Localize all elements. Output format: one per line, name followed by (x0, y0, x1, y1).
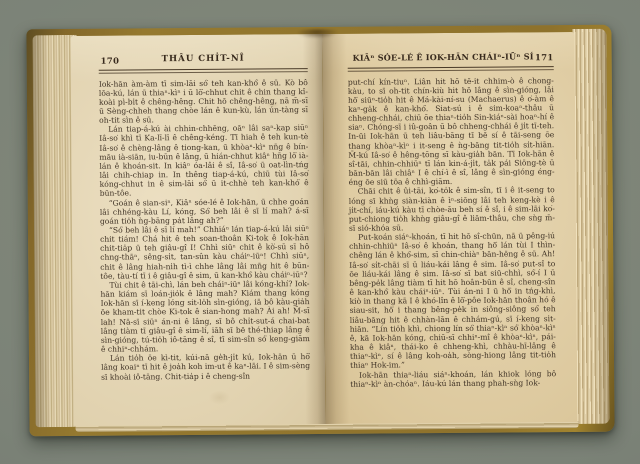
running-title-left: THÂU CHI̍T-NÎ (99, 53, 308, 65)
left-page-body: Iok-hān àm-àm tī sim-lāi só͘ teh kan-khó… (99, 78, 310, 382)
paragraph: Iok-hān thiaⁿ-liáu siáⁿ-khoán, lán khiok… (350, 369, 556, 389)
header-rule-left (99, 68, 308, 73)
book: 170 THÂU CHI̍T-NÎ Iok-hān àm-àm tī sim-l… (26, 25, 614, 437)
paragraph: “Goán ê sian-siⁿ, Kiâⁿ sóe-lé ê Iok-hān,… (100, 197, 309, 226)
left-page: 170 THÂU CHI̍T-NÎ Iok-hān àm-àm tī sim-l… (70, 34, 325, 426)
page-number-right: 171 (535, 52, 554, 62)
left-page-header: 170 THÂU CHI̍T-NÎ (99, 53, 308, 68)
page-number-left: 170 (101, 56, 120, 66)
paragraph: Tùi chit ê tāi-chì, lán beh cháiⁿ-iūⁿ lâ… (100, 279, 310, 354)
running-title-right: KIÂⁿ SÓE-LÉ Ê IOK-HĀN CHÁIⁿ-IŪⁿ SÍ (348, 51, 554, 63)
header-rule-right (348, 66, 554, 71)
page-edges-right (572, 29, 609, 424)
paragraph: put-chí kín-tiuⁿ. Liân hit hō tē-it chhi… (348, 76, 555, 187)
paragraph: Lán tiap-á-kú ài chhin-chhēng, oāⁿ lâi s… (99, 123, 309, 198)
paragraph: Lán tio̍h ōe kì-tit, kúi-nā ge̍h-ji̍t kú… (101, 352, 310, 381)
paragraph: Iok-hān àm-àm tī sim-lāi só͘ teh kan-khó… (99, 78, 308, 125)
open-spread: 170 THÂU CHI̍T-NÎ Iok-hān àm-àm tī sim-l… (70, 32, 577, 426)
paragraph: Put-koán siáⁿ-khoán, tī hit hō sî-chūn, … (349, 231, 556, 370)
right-page: KIÂⁿ SÓE-LÉ Ê IOK-HĀN CHÁIⁿ-IŪⁿ SÍ 171 p… (322, 32, 577, 424)
photo-background: 170 THÂU CHI̍T-NÎ Iok-hān àm-àm tī sim-l… (0, 0, 640, 464)
right-page-content: KIÂⁿ SÓE-LÉ Ê IOK-HĀN CHÁIⁿ-IŪⁿ SÍ 171 p… (322, 32, 577, 424)
right-page-header: KIÂⁿ SÓE-LÉ Ê IOK-HĀN CHÁIⁿ-IŪⁿ SÍ 171 (348, 51, 554, 66)
left-page-content: 170 THÂU CHI̍T-NÎ Iok-hān àm-àm tī sim-l… (70, 34, 325, 426)
paragraph: “Só͘ beh lâi ê sī lí mah!” Chhiáⁿ lán ti… (100, 224, 309, 281)
paragraph: Chāi chit ê ûi-tāi, ko͘-to̍k ê sim-sîn, … (349, 186, 555, 233)
right-page-body: put-chí kín-tiuⁿ. Liân hit hō tē-it chhi… (348, 76, 556, 389)
